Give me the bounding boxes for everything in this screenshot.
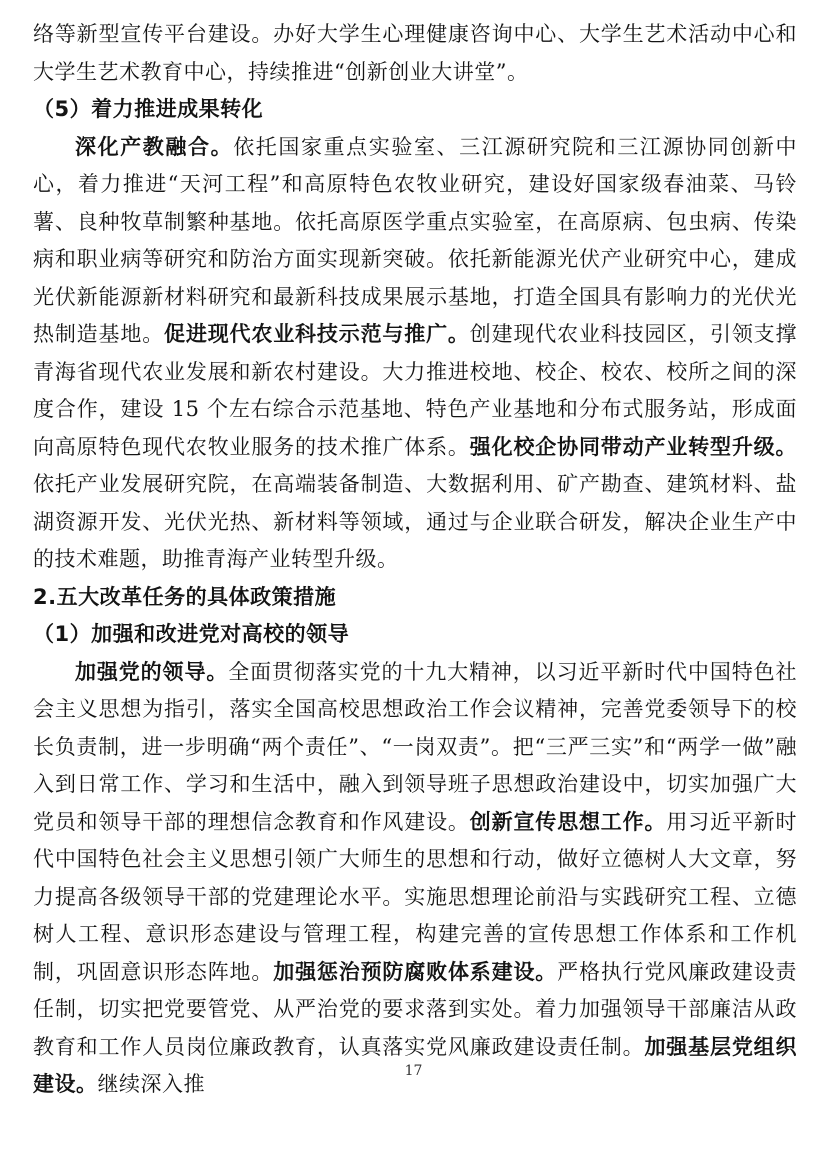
page-footer: 17 (0, 1063, 827, 1079)
emphasis-text-run: 促进现代农业科技示范与推广。 (164, 322, 470, 346)
paragraph: 深化产教融合。依托国家重点实验室、三江源研究院和三江源协同创新中心，着力推进“天… (33, 129, 797, 579)
emphasis-text-run: 加强党的领导。 (75, 660, 228, 684)
emphasis-text-run: 创新宣传思想工作。 (470, 810, 667, 834)
text-run: 依托国家重点实验室、三江源研究院和三江源协同创新中心，着力推进“天河工程”和高原… (33, 135, 797, 347)
emphasis-text-run: 2.五大改革任务的具体政策措施 (33, 585, 336, 609)
document-page: 络等新型宣传平台建设。办好大学生心理健康咨询中心、大学生艺术活动中心和大学生艺术… (0, 0, 827, 1170)
emphasis-text-run: （5）着力推进成果转化 (33, 97, 263, 121)
section-heading: （1）加强和改进党对高校的领导 (33, 616, 797, 654)
paragraph: 加强党的领导。全面贯彻落实党的十九大精神，以习近平新时代中国特色社会主义思想为指… (33, 654, 797, 1104)
emphasis-text-run: 加强惩治预防腐败体系建设。 (273, 960, 557, 984)
emphasis-text-run: 强化校企协同带动产业转型升级。 (470, 435, 797, 459)
section-heading: （5）着力推进成果转化 (33, 91, 797, 129)
text-run: 依托产业发展研究院，在高端装备制造、大数据利用、矿产勘查、建筑材料、盐湖资源开发… (33, 472, 797, 571)
paragraph: 络等新型宣传平台建设。办好大学生心理健康咨询中心、大学生艺术活动中心和大学生艺术… (33, 16, 797, 91)
text-run: 络等新型宣传平台建设。办好大学生心理健康咨询中心、大学生艺术活动中心和大学生艺术… (33, 22, 797, 84)
document-body: 络等新型宣传平台建设。办好大学生心理健康咨询中心、大学生艺术活动中心和大学生艺术… (33, 16, 797, 1104)
page-number: 17 (405, 1063, 423, 1079)
section-heading: 2.五大改革任务的具体政策措施 (33, 579, 797, 617)
emphasis-text-run: 深化产教融合。 (75, 135, 233, 159)
text-run: 全面贯彻落实党的十九大精神，以习近平新时代中国特色社会主义思想为指引，落实全国高… (33, 660, 797, 834)
text-run: 用习近平新时代中国特色社会主义思想引领广大师生的思想和行动，做好立德树人大文章，… (33, 810, 797, 984)
emphasis-text-run: （1）加强和改进党对高校的领导 (33, 622, 349, 646)
